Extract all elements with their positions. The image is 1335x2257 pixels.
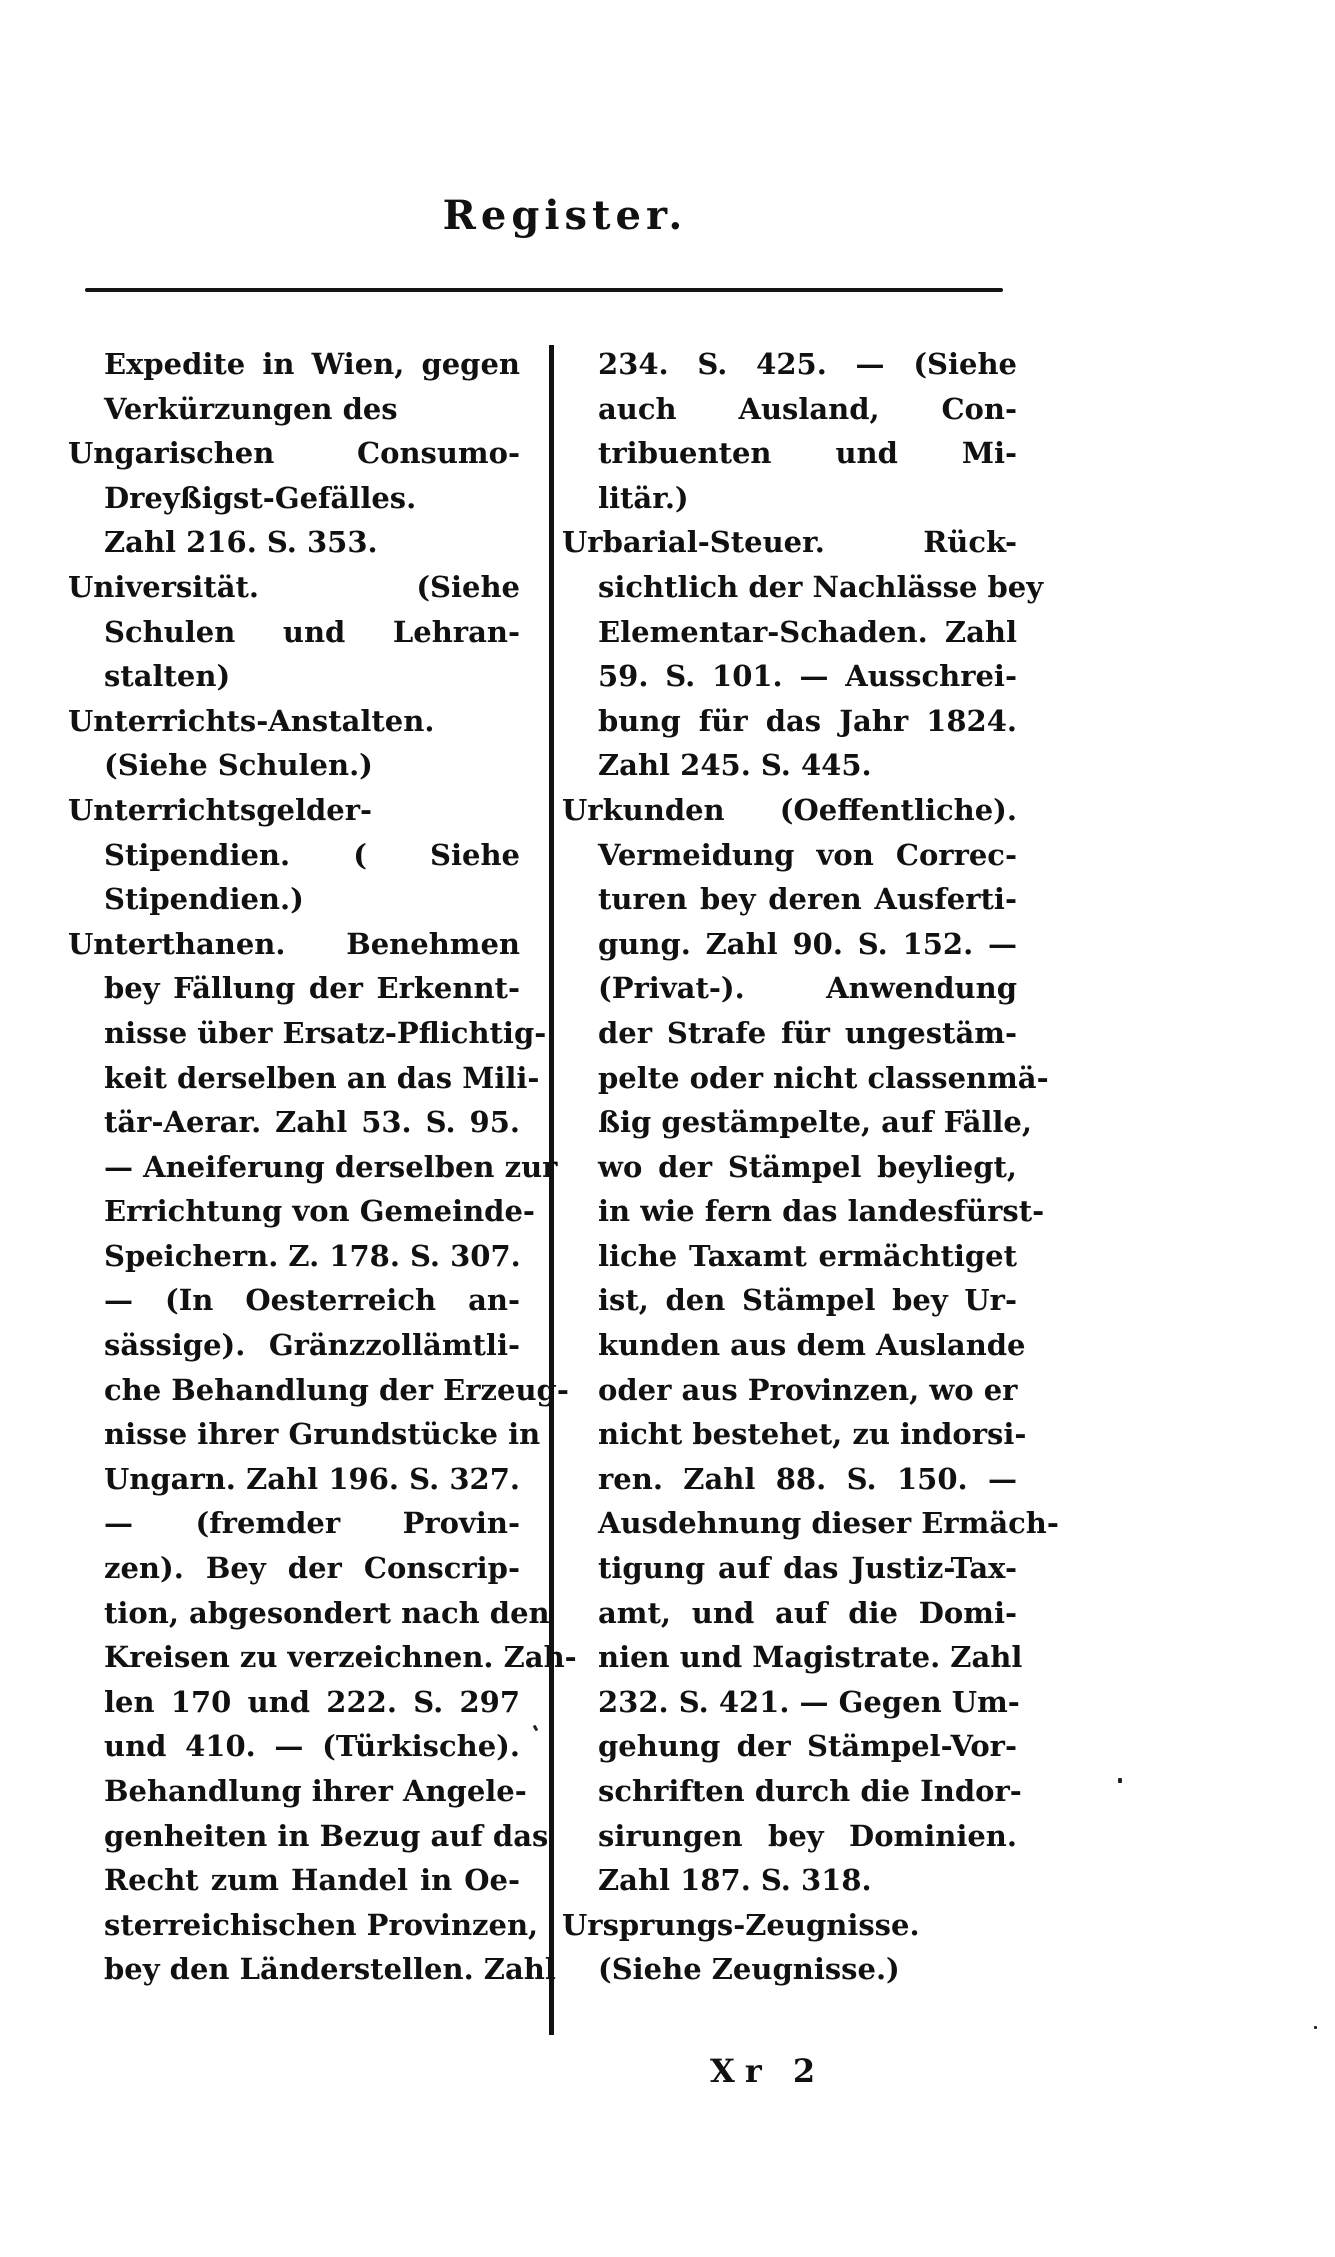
index-entry-line: Verkürzungen des [104,387,520,432]
index-entry-line: — (In Oesterreich an- [104,1278,520,1323]
index-entry-line: kunden aus dem Auslande [598,1323,1017,1368]
index-entry-line: Vermeidung von Correc- [598,833,1017,878]
index-entry-line: nisse über Ersatz-Pflichtig- [104,1011,520,1056]
index-entry-line: Recht zum Handel in Oe- [104,1858,520,1903]
index-entry-line: amt, und auf die Domi- [598,1591,1017,1636]
index-entry-line: len 170 und 222. S. 297 [104,1680,520,1725]
index-entry-line: gung. Zahl 90. S. 152. — [598,922,1017,967]
index-entry-line: der Strafe für ungestäm- [598,1011,1017,1056]
index-entry-line: Expedite in Wien, gegen [104,342,520,387]
index-entry-line: Speichern. Z. 178. S. 307. [104,1234,520,1279]
index-entry-line: sichtlich der Nachlässe bey [598,565,1017,610]
index-entry-line: nicht bestehet, zu indorsi- [598,1412,1017,1457]
index-entry-line: bung für das Jahr 1824. [598,699,1017,744]
signature-mark: Xr 2 [710,2052,825,2090]
index-entry-line: tribuenten und Mi- [598,431,1017,476]
index-entry-line: und 410. — (Türkische). [104,1724,520,1769]
index-entry-line: keit derselben an das Mili- [104,1056,520,1101]
index-entry-headword-line: Universität. (Siehe [68,565,520,610]
index-entry-line: Kreisen zu verzeichnen. Zah- [104,1635,520,1680]
title-rule [85,288,1003,292]
index-entry-line: Ausdehnung dieser Ermäch- [598,1501,1017,1546]
index-entry-line: nisse ihrer Grundstücke in [104,1412,520,1457]
index-entry-line: turen bey deren Ausferti- [598,877,1017,922]
left-column: Expedite in Wien, gegenVerkürzungen desU… [68,342,520,1992]
index-entry-line: Elementar-Schaden. Zahl [598,610,1017,655]
index-entry-line: sässige). Gränzzollämtli- [104,1323,520,1368]
index-entry-line: tär-Aerar. Zahl 53. S. 95. [104,1100,520,1145]
index-entry-line: Schulen und Lehran- [104,610,520,655]
index-entry-line: — (fremder Provin- [104,1501,520,1546]
index-entry-line: ßig gestämpelte, auf Fälle, [598,1100,1017,1145]
index-entry-line: genheiten in Bezug auf das [104,1814,520,1859]
index-entry-line: tigung auf das Justiz-Tax- [598,1546,1017,1591]
index-entry-line: sterreichischen Provinzen, [104,1903,520,1948]
index-entry-line: (Privat-). Anwendung [598,966,1017,1011]
index-entry-line: auch Ausland, Con- [598,387,1017,432]
index-entry-headword-line: Ungarischen Consumo- [68,431,520,476]
index-entry-line: ist, den Stämpel bey Ur- [598,1278,1017,1323]
index-entry-line: 234. S. 425. — (Siehe [598,342,1017,387]
index-entry-headword-line: Urbarial-Steuer. Rück- [562,520,1017,565]
index-entry-line: 59. S. 101. — Ausschrei- [598,654,1017,699]
index-entry-line: bey den Länderstellen. Zahl [104,1947,520,1992]
index-entry-line: nien und Magistrate. Zahl [598,1635,1017,1680]
index-entry-line: — Aneiferung derselben zur [104,1145,520,1190]
index-entry-headword-line: Unterrichtsgelder- [68,788,520,833]
index-entry-headword-line: Unterthanen. Benehmen [68,922,520,967]
index-entry-headword-line: Urkunden (Oeffentliche). [562,788,1017,833]
index-entry-headword-line: Unterrichts-Anstalten. [68,699,520,744]
scan-speck [1118,1778,1122,1783]
index-entry-line: sirungen bey Dominien. [598,1814,1017,1859]
index-entry-headword-line: Ursprungs-Zeugnisse. [562,1903,1017,1948]
index-entry-line: schriften durch die Indor- [598,1769,1017,1814]
index-entry-line: gehung der Stämpel-Vor- [598,1724,1017,1769]
index-entry-line: Behandlung ihrer Angele- [104,1769,520,1814]
index-entry-line: liche Taxamt ermächtiget [598,1234,1017,1279]
index-entry-line: che Behandlung der Erzeug- [104,1368,520,1413]
right-column: 234. S. 425. — (Sieheauch Ausland, Con-t… [562,342,1017,1992]
scan-speck [1314,2026,1317,2029]
index-entry-line: zen). Bey der Conscrip- [104,1546,520,1591]
index-entry-line: ren. Zahl 88. S. 150. — [598,1457,1017,1502]
index-entry-line: in wie fern das landesfürst- [598,1189,1017,1234]
index-entry-line: Errichtung von Gemeinde- [104,1189,520,1234]
index-entry-line: (Siehe Zeugnisse.) [598,1947,1017,1992]
index-entry-line: Stipendien.) [104,877,520,922]
index-entry-line: bey Fällung der Erkennt- [104,966,520,1011]
page-title: Register. [0,192,1130,239]
index-entry-line: Zahl 216. S. 353. [104,520,520,565]
index-entry-line: tion, abgesondert nach den [104,1591,520,1636]
index-entry-line: Dreyßigst-Gefälles. [104,476,520,521]
index-entry-line: Zahl 245. S. 445. [598,743,1017,788]
index-entry-line: wo der Stämpel beyliegt, [598,1145,1017,1190]
index-entry-line: oder aus Provinzen, wo er [598,1368,1017,1413]
index-entry-line: Ungarn. Zahl 196. S. 327. [104,1457,520,1502]
index-entry-line: 232. S. 421. — Gegen Um- [598,1680,1017,1725]
index-entry-line: stalten) [104,654,520,699]
column-divider [549,345,554,2035]
scan-speck [533,1725,539,1732]
index-entry-line: Zahl 187. S. 318. [598,1858,1017,1903]
index-entry-line: pelte oder nicht classenmä- [598,1056,1017,1101]
index-entry-line: litär.) [598,476,1017,521]
index-entry-line: (Siehe Schulen.) [104,743,520,788]
index-entry-line: Stipendien. ( Siehe [104,833,520,878]
